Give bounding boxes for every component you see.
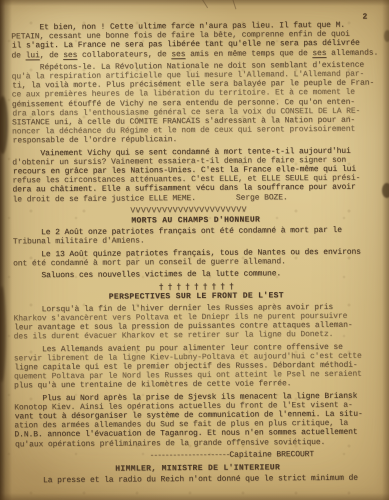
- underlined-word: ses: [171, 50, 185, 59]
- pencil-mark: [199, 0, 208, 8]
- scan-edge-left: [0, 0, 12, 500]
- paper-stain: [382, 183, 389, 198]
- section-title-morts: MORTS AU CHAMPS D'HONNEUR: [13, 215, 379, 227]
- text-segment: de: [11, 51, 25, 60]
- signature-serge-boze: Serge BOZE.: [236, 193, 288, 202]
- paper-stain: [384, 30, 389, 42]
- text-line: Tribunal militaire d'Amiens.: [13, 235, 379, 247]
- paragraph-amiens: Le 2 Août onze patriotes français ont ét…: [13, 226, 379, 247]
- text-line: La presse et la radio du Reich n'ont don…: [15, 474, 381, 486]
- paragraph-saluons: Saluons ces nouvelles victimes de la lut…: [13, 269, 379, 281]
- scan-edge-right: [382, 0, 389, 500]
- signature-rule: ---------------------: [150, 450, 230, 460]
- text-segment: allemands.: [326, 48, 378, 57]
- text-segment: amis en même temps que de: [185, 49, 312, 59]
- underlined-word: ses: [312, 49, 326, 58]
- paragraph-petain-lines: Et bien, non ! Cette ultime farce n'aura…: [11, 21, 377, 51]
- section-title-himmler: HIMMLER, MINISTRE DE L'INTERIEUR: [15, 462, 381, 474]
- paragraph-sjevsk: Plus au Nord après la prise de Sjevsk il…: [14, 391, 380, 449]
- paragraph-vichy-lastline-text: le droit de se faire justice ELLE MEME.: [13, 194, 196, 204]
- text-segment: , de: [40, 51, 64, 60]
- pencil-mark: [230, 0, 237, 9]
- text-segment: collaborateurs, de: [77, 50, 171, 60]
- paragraph-kiev-lubny-poltava: Les Allemands avaient pu pour alimenter …: [14, 342, 380, 391]
- text-line: responsable de l'ordre républicain.: [13, 134, 379, 146]
- signature-row: ---------------------Capitaine BRECOURT: [15, 449, 381, 461]
- paragraph-vichy-lastline: le droit de se faire justice ELLE MEME.S…: [13, 192, 379, 204]
- scanned-document-page: 2 Et bien, non ! Cette ultime farce n'au…: [0, 0, 389, 500]
- text-line: ont été condamné à mort par un conseil d…: [13, 256, 379, 268]
- paragraph-kharkov: Lorsqu'à la fin de l'hiver dernier les R…: [13, 302, 379, 342]
- paper-stain: [0, 286, 6, 382]
- page-content: 2 Et bien, non ! Cette ultime farce n'au…: [11, 21, 381, 486]
- scan-edge-bottom: [0, 493, 389, 500]
- paragraph-nantes: Le 13 Août quinze patriotes français, to…: [13, 247, 379, 268]
- paper-stain: [0, 96, 8, 154]
- underlined-word: lui: [26, 51, 40, 60]
- paragraph-vichy-lines: Vainement Vichy qui se sent condamné à m…: [12, 146, 378, 195]
- text-line: Saluons ces nouvelles victimes de la lut…: [13, 269, 379, 281]
- paragraph-petain-lastline: de lui, de ses collaborateurs, de ses am…: [11, 48, 377, 60]
- text-line: qu'aux opérations préliminaires de la gr…: [15, 437, 381, 449]
- page-number: 2: [362, 13, 367, 22]
- paragraph-revolution-nationale: Répétons-le. La Révolution Nationale ne …: [12, 60, 379, 146]
- paragraph-vichy-condamne: Vainement Vichy qui se sent condamné à m…: [12, 146, 378, 204]
- signature-capitaine-brecourt: Capitaine BRECOURT: [229, 450, 314, 460]
- section-title-front-est: PERSPECTIVES SUR LE FRONT DE L'EST: [13, 291, 379, 303]
- text-line: des ils durent évacuer Kharkov et se ret…: [14, 330, 380, 342]
- paragraph-himmler: La presse et la radio du Reich n'ont don…: [15, 474, 381, 486]
- paragraph-petain: Et bien, non ! Cette ultime farce n'aura…: [11, 21, 377, 61]
- underlined-word: ses: [63, 51, 77, 60]
- scan-edge-top: [0, 0, 389, 6]
